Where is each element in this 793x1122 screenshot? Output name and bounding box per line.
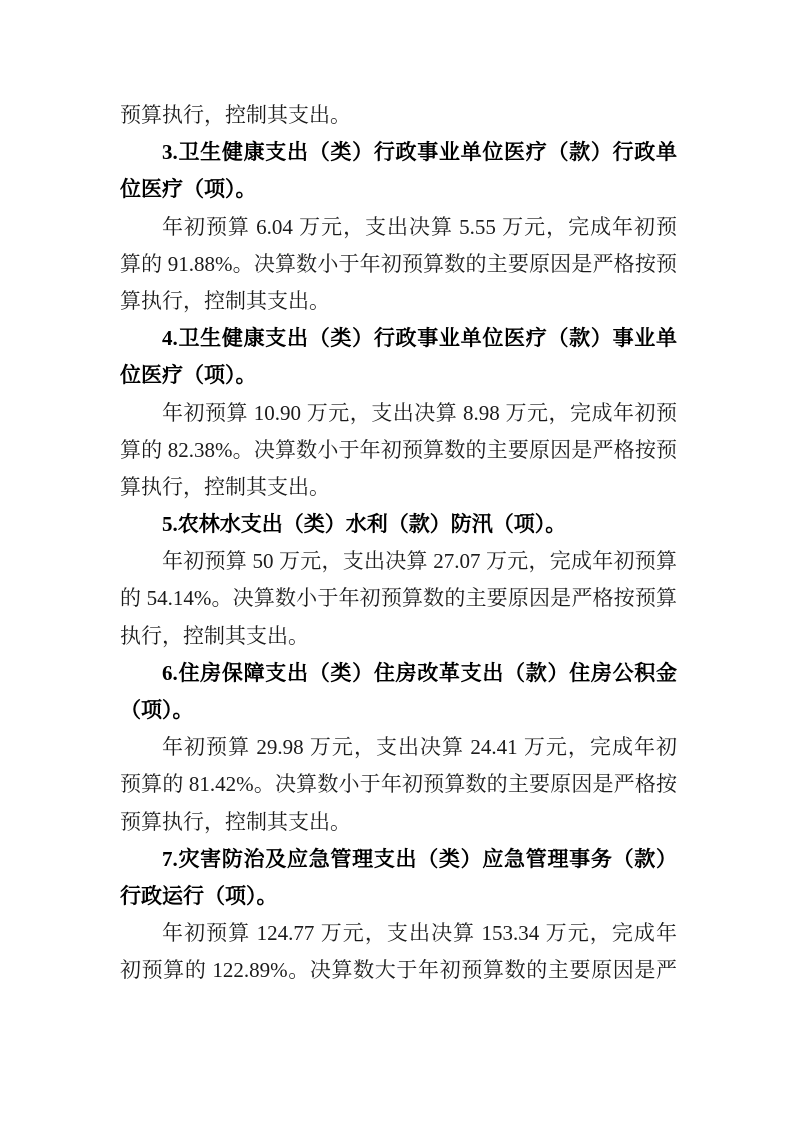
text-line: 位医疗（项）。 <box>120 357 677 394</box>
text-line: 5.农林水支出（类）水利（款）防汛（项）。 <box>120 506 677 543</box>
text-line: 算的 82.38%。决算数小于年初预算数的主要原因是严格按预 <box>120 432 677 469</box>
text-line: 的 54.14%。决算数小于年初预算数的主要原因是严格按预算 <box>120 580 677 617</box>
section-body-4: 年初预算 10.90 万元，支出决算 8.98 万元，完成年初预算的 82.38… <box>120 395 677 507</box>
section-heading-3: 3.卫生健康支出（类）行政事业单位医疗（款）行政单位医疗（项）。 <box>120 134 677 208</box>
text-line: 年初预算 6.04 万元，支出决算 5.55 万元，完成年初预 <box>120 209 677 246</box>
text-line: 预算的 81.42%。决算数小于年初预算数的主要原因是严格按 <box>120 766 677 803</box>
section-body-3: 年初预算 6.04 万元，支出决算 5.55 万元，完成年初预算的 91.88%… <box>120 209 677 321</box>
text-line: 位医疗（项）。 <box>120 171 677 208</box>
text-line: 算的 91.88%。决算数小于年初预算数的主要原因是严格按预 <box>120 246 677 283</box>
section-heading-7: 7.灾害防治及应急管理支出（类）应急管理事务（款）行政运行（项）。 <box>120 841 677 915</box>
text-line: 预算执行，控制其支出。 <box>120 804 677 841</box>
section-body-7: 年初预算 124.77 万元，支出决算 153.34 万元，完成年初预算的 12… <box>120 915 677 989</box>
text-line: 初预算的 122.89%。决算数大于年初预算数的主要原因是严 <box>120 952 677 989</box>
section-heading-4: 4.卫生健康支出（类）行政事业单位医疗（款）事业单位医疗（项）。 <box>120 320 677 394</box>
text-line: 3.卫生健康支出（类）行政事业单位医疗（款）行政单 <box>120 134 677 171</box>
text-line: 年初预算 50 万元，支出决算 27.07 万元，完成年初预算 <box>120 543 677 580</box>
text-line: 6.住房保障支出（类）住房改革支出（款）住房公积金 <box>120 655 677 692</box>
section-heading-5: 5.农林水支出（类）水利（款）防汛（项）。 <box>120 506 677 543</box>
document-content: 预算执行，控制其支出。3.卫生健康支出（类）行政事业单位医疗（款）行政单位医疗（… <box>120 97 677 990</box>
section-heading-6: 6.住房保障支出（类）住房改革支出（款）住房公积金（项）。 <box>120 655 677 729</box>
text-line: （项）。 <box>120 692 677 729</box>
paragraph-continuation: 预算执行，控制其支出。 <box>120 97 677 134</box>
text-line: 年初预算 29.98 万元，支出决算 24.41 万元，完成年初 <box>120 729 677 766</box>
text-line: 执行，控制其支出。 <box>120 618 677 655</box>
text-line: 算执行，控制其支出。 <box>120 469 677 506</box>
text-line: 算执行，控制其支出。 <box>120 283 677 320</box>
text-line: 4.卫生健康支出（类）行政事业单位医疗（款）事业单 <box>120 320 677 357</box>
section-body-6: 年初预算 29.98 万元，支出决算 24.41 万元，完成年初预算的 81.4… <box>120 729 677 841</box>
text-line: 预算执行，控制其支出。 <box>120 97 677 134</box>
section-body-5: 年初预算 50 万元，支出决算 27.07 万元，完成年初预算的 54.14%。… <box>120 543 677 655</box>
text-line: 7.灾害防治及应急管理支出（类）应急管理事务（款） <box>120 841 677 878</box>
text-line: 年初预算 124.77 万元，支出决算 153.34 万元，完成年 <box>120 915 677 952</box>
document-page: 预算执行，控制其支出。3.卫生健康支出（类）行政事业单位医疗（款）行政单位医疗（… <box>0 0 793 1122</box>
text-line: 行政运行（项）。 <box>120 878 677 915</box>
text-line: 年初预算 10.90 万元，支出决算 8.98 万元，完成年初预 <box>120 395 677 432</box>
